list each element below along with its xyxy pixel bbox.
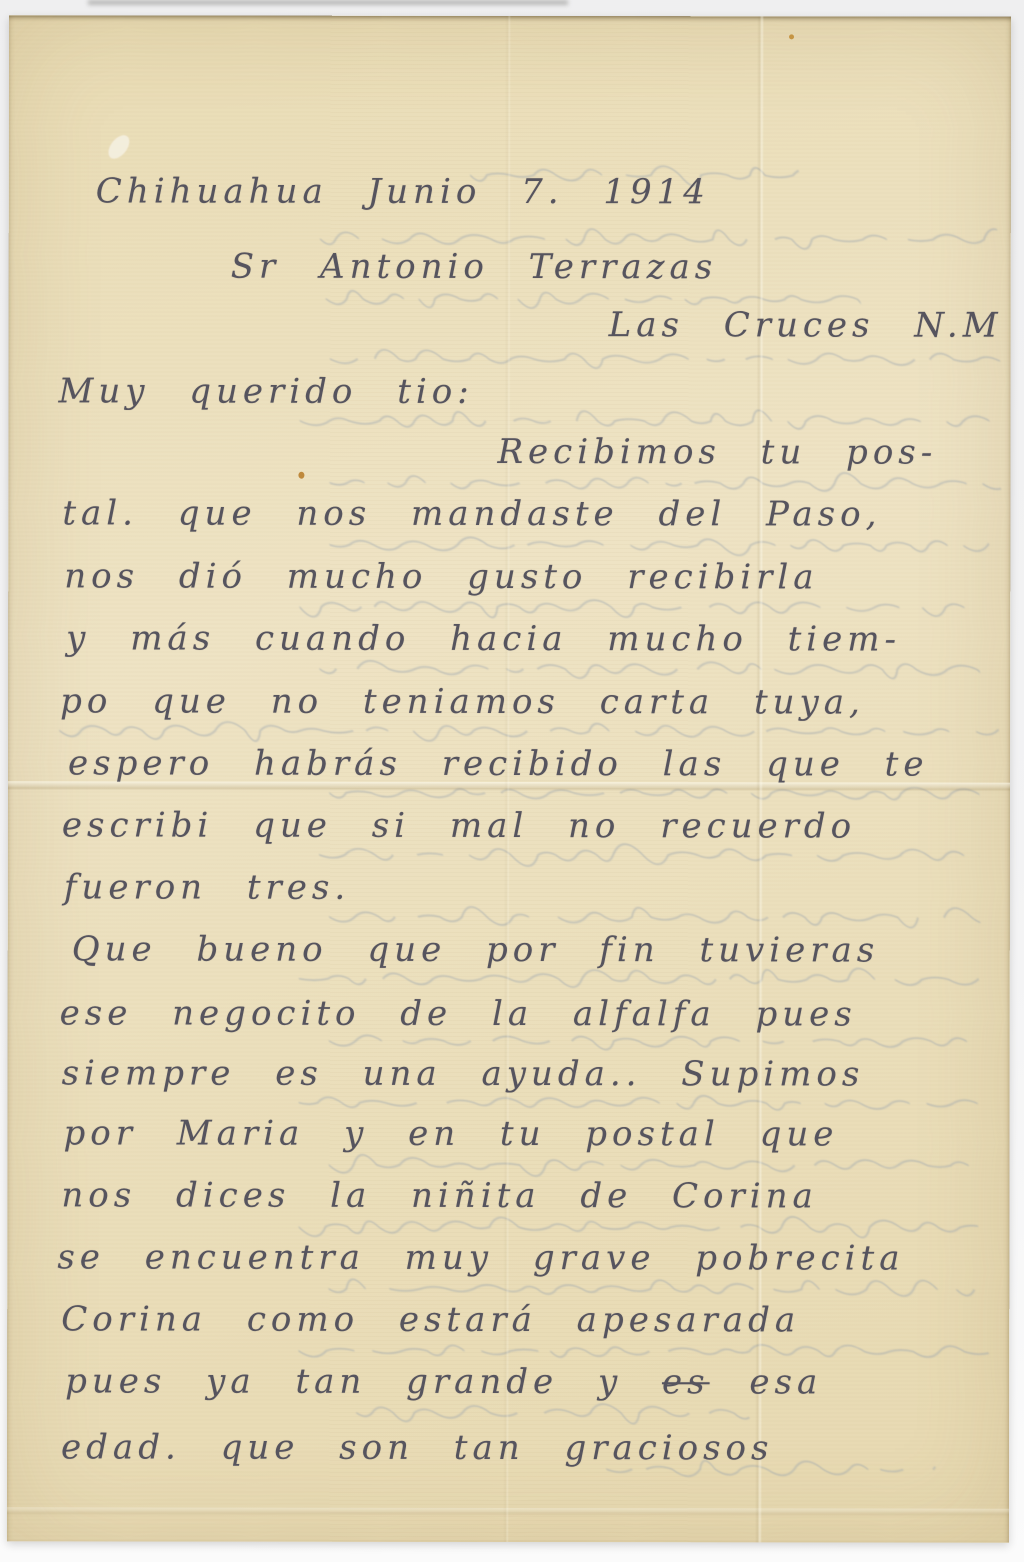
letter-line: po que no teniamos carta tuya, [60, 681, 865, 722]
letter-line-segment: esa [710, 1362, 823, 1402]
recipient-line: Sr Antonio Terrazas [231, 247, 718, 288]
paper-speck [789, 34, 794, 39]
scan-edge-smudge [88, 0, 568, 5]
letter-line: pues ya tan grande y es esa [65, 1361, 822, 1402]
letter-line: nos dices la niñita de Corina [61, 1175, 817, 1216]
letter-line-segment: pues ya tan grande y [65, 1361, 662, 1402]
salutation: Muy querido tio: [59, 371, 474, 412]
letter-page: Chihuahua Junio 7. 1914 Sr Antonio Terra… [7, 15, 1011, 1542]
struck-word: es [662, 1362, 710, 1402]
scanned-letter: Chihuahua Junio 7. 1914 Sr Antonio Terra… [0, 0, 1024, 1562]
dateline: Chihuahua Junio 7. 1914 [96, 171, 710, 212]
letter-line: nos dió mucho gusto recibirla [64, 556, 818, 597]
letter-line: se encuentra muy grave pobrecita [57, 1237, 904, 1278]
letter-line: Corina como estará apesarada [61, 1299, 800, 1340]
letter-line: fueron tres. [64, 867, 350, 907]
letter-line: ese negocito de la alfalfa pues [60, 993, 857, 1034]
letter-line: tal. que nos mandaste del Paso, [62, 493, 881, 534]
letter-line: y más cuando hacia mucho tiem- [66, 618, 901, 659]
letter-line: por Maria y en tu postal que [63, 1113, 838, 1154]
letter-line: edad. que son tan graciosos [61, 1427, 773, 1468]
letter-line: Que bueno que por fin tuvieras [72, 929, 880, 970]
letter-line: siempre es una ayuda.. Supimos [62, 1053, 865, 1094]
letter-line: escribi que si mal no recuerdo [62, 805, 856, 846]
letter-line: Recibimos tu pos- [497, 432, 937, 473]
paper-speck [298, 472, 304, 479]
location-line: Las Cruces N.M [609, 305, 1003, 346]
letter-line: espero habrás recibido las que te [68, 743, 929, 784]
